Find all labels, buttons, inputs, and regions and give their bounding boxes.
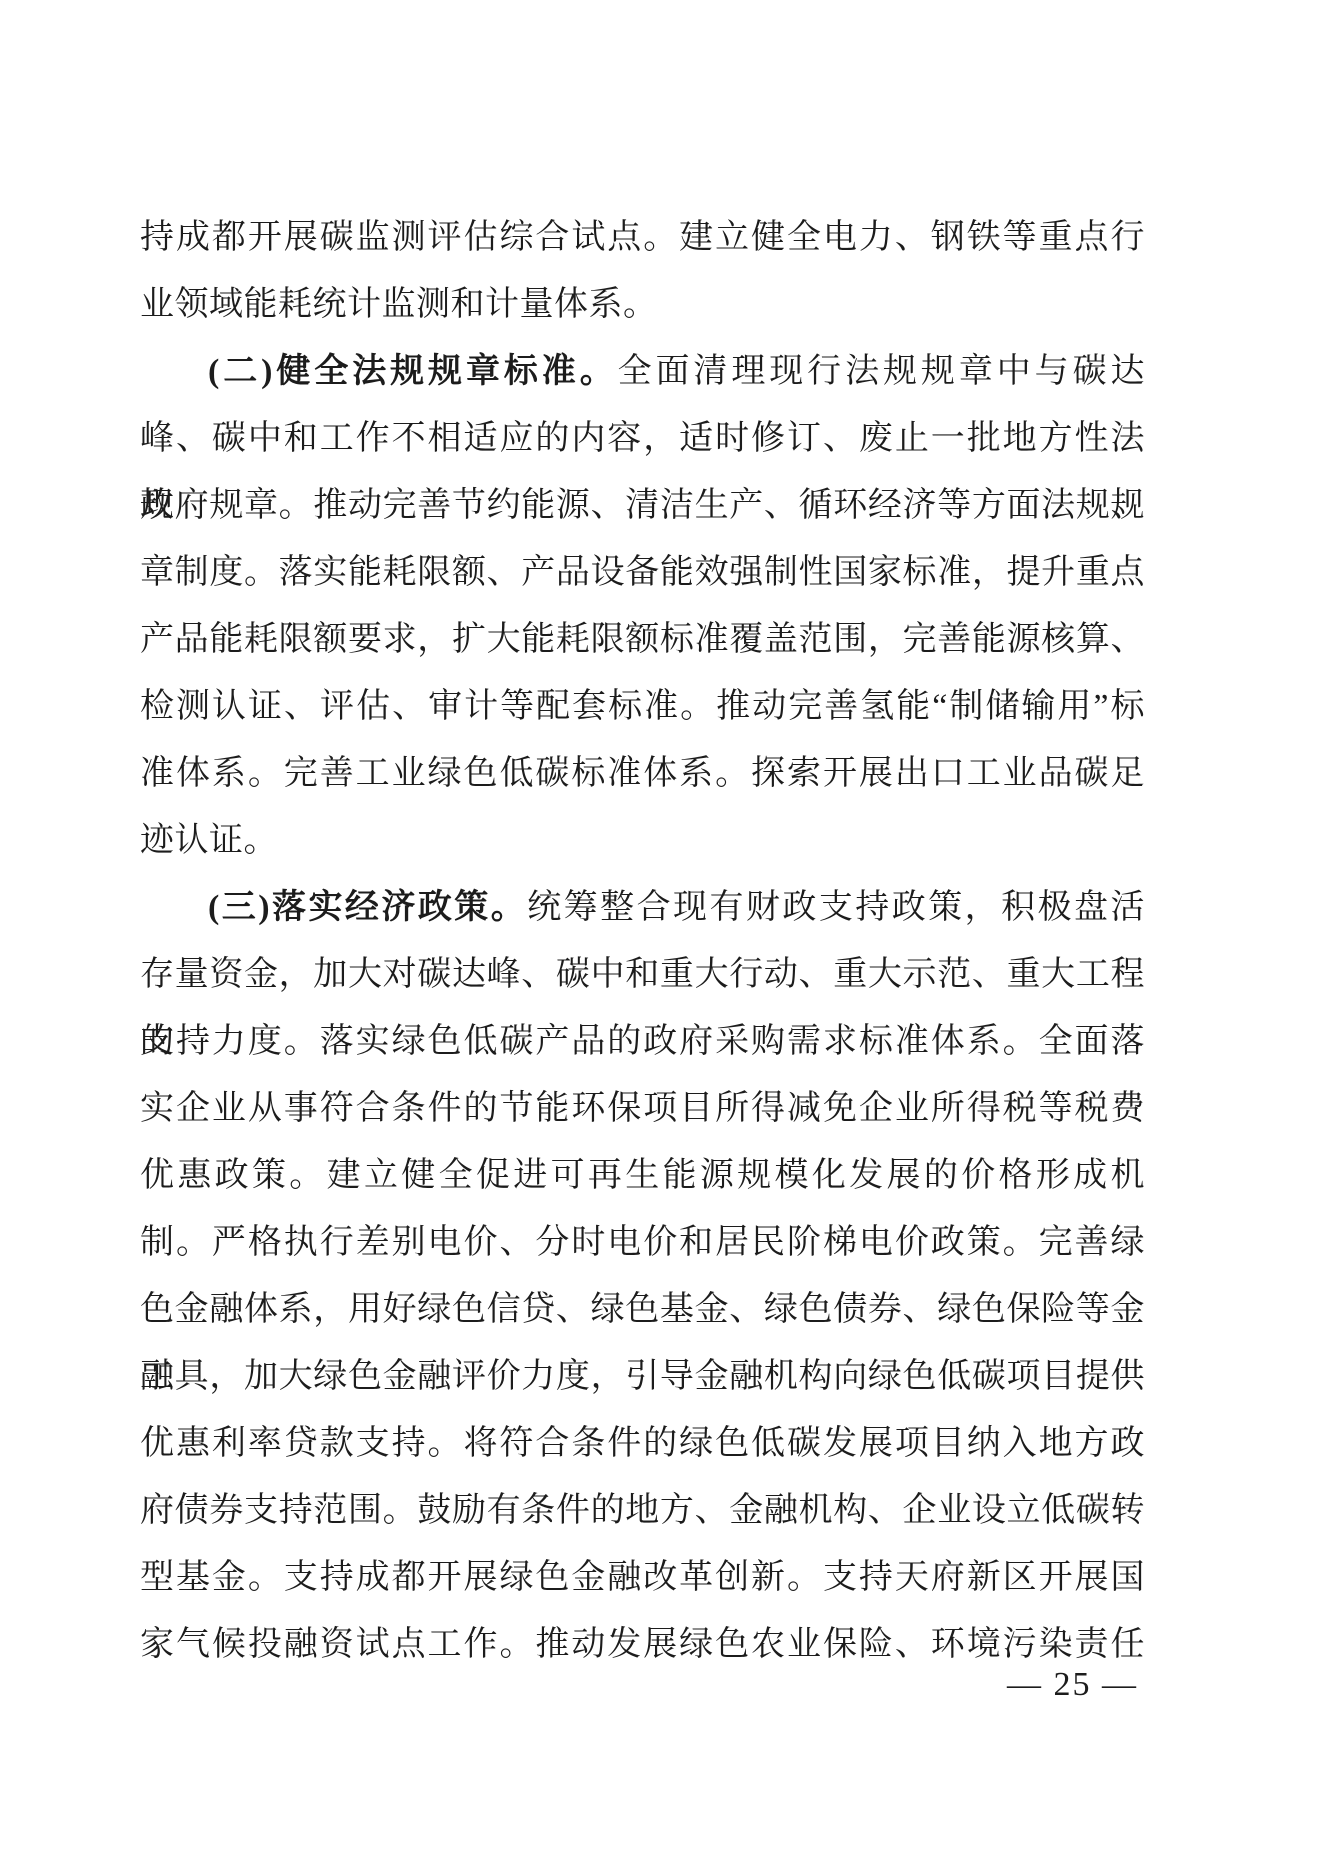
text-line: 存量资金，加大对碳达峰、碳中和重大行动、重大示范、重大工程的 bbox=[140, 941, 1145, 1008]
text-line: 型基金。支持成都开展绿色金融改革创新。支持天府新区开展国 bbox=[140, 1544, 1145, 1611]
text-line: 迹认证。 bbox=[140, 807, 1145, 874]
body-text: 持成都开展碳监测评估综合试点。建立健全电力、钢铁等重点行业领域能耗统计监测和计量… bbox=[140, 204, 1145, 1678]
text-line: 准体系。完善工业绿色低碳标准体系。探索开展出口工业品碳足 bbox=[140, 740, 1145, 807]
text-line: 业领域能耗统计监测和计量体系。 bbox=[140, 271, 1145, 338]
text-line: 工具，加大绿色金融评价力度，引导金融机构向绿色低碳项目提供 bbox=[140, 1343, 1145, 1410]
text-line: 优惠利率贷款支持。将符合条件的绿色低碳发展项目纳入地方政 bbox=[140, 1410, 1145, 1477]
text-line: 支持力度。落实绿色低碳产品的政府采购需求标准体系。全面落 bbox=[140, 1008, 1145, 1075]
text-line: 制。严格执行差别电价、分时电价和居民阶梯电价政策。完善绿 bbox=[140, 1209, 1145, 1276]
text-line: 政府规章。推动完善节约能源、清洁生产、循环经济等方面法规规 bbox=[140, 472, 1145, 539]
text-line: 优惠政策。建立健全促进可再生能源规模化发展的价格形成机 bbox=[140, 1142, 1145, 1209]
text-line: 府债券支持范围。鼓励有条件的地方、金融机构、企业设立低碳转 bbox=[140, 1477, 1145, 1544]
section-heading: (二)健全法规规章标准。 bbox=[208, 353, 618, 390]
text-line: 持成都开展碳监测评估综合试点。建立健全电力、钢铁等重点行 bbox=[140, 204, 1145, 271]
text-line: (二)健全法规规章标准。全面清理现行法规规章中与碳达 bbox=[140, 338, 1145, 405]
text-line: 检测认证、评估、审计等配套标准。推动完善氢能“制储输用”标 bbox=[140, 673, 1145, 740]
text-line: 家气候投融资试点工作。推动发展绿色农业保险、环境污染责任 bbox=[140, 1611, 1145, 1678]
page-number: — 25 — bbox=[1007, 1662, 1138, 1708]
text-line: 峰、碳中和工作不相适应的内容，适时修订、废止一批地方性法规、 bbox=[140, 405, 1145, 472]
text-line: 章制度。落实能耗限额、产品设备能效强制性国家标准，提升重点 bbox=[140, 539, 1145, 606]
text-line: (三)落实经济政策。统筹整合现有财政支持政策，积极盘活 bbox=[140, 874, 1145, 941]
text-line: 色金融体系，用好绿色信贷、绿色基金、绿色债券、绿色保险等金融 bbox=[140, 1276, 1145, 1343]
text-line: 产品能耗限额要求，扩大能耗限额标准覆盖范围，完善能源核算、 bbox=[140, 606, 1145, 673]
section-heading: (三)落实经济政策。 bbox=[208, 889, 527, 926]
text-line: 实企业从事符合条件的节能环保项目所得减免企业所得税等税费 bbox=[140, 1075, 1145, 1142]
document-page: 持成都开展碳监测评估综合试点。建立健全电力、钢铁等重点行业领域能耗统计监测和计量… bbox=[0, 0, 1323, 1871]
